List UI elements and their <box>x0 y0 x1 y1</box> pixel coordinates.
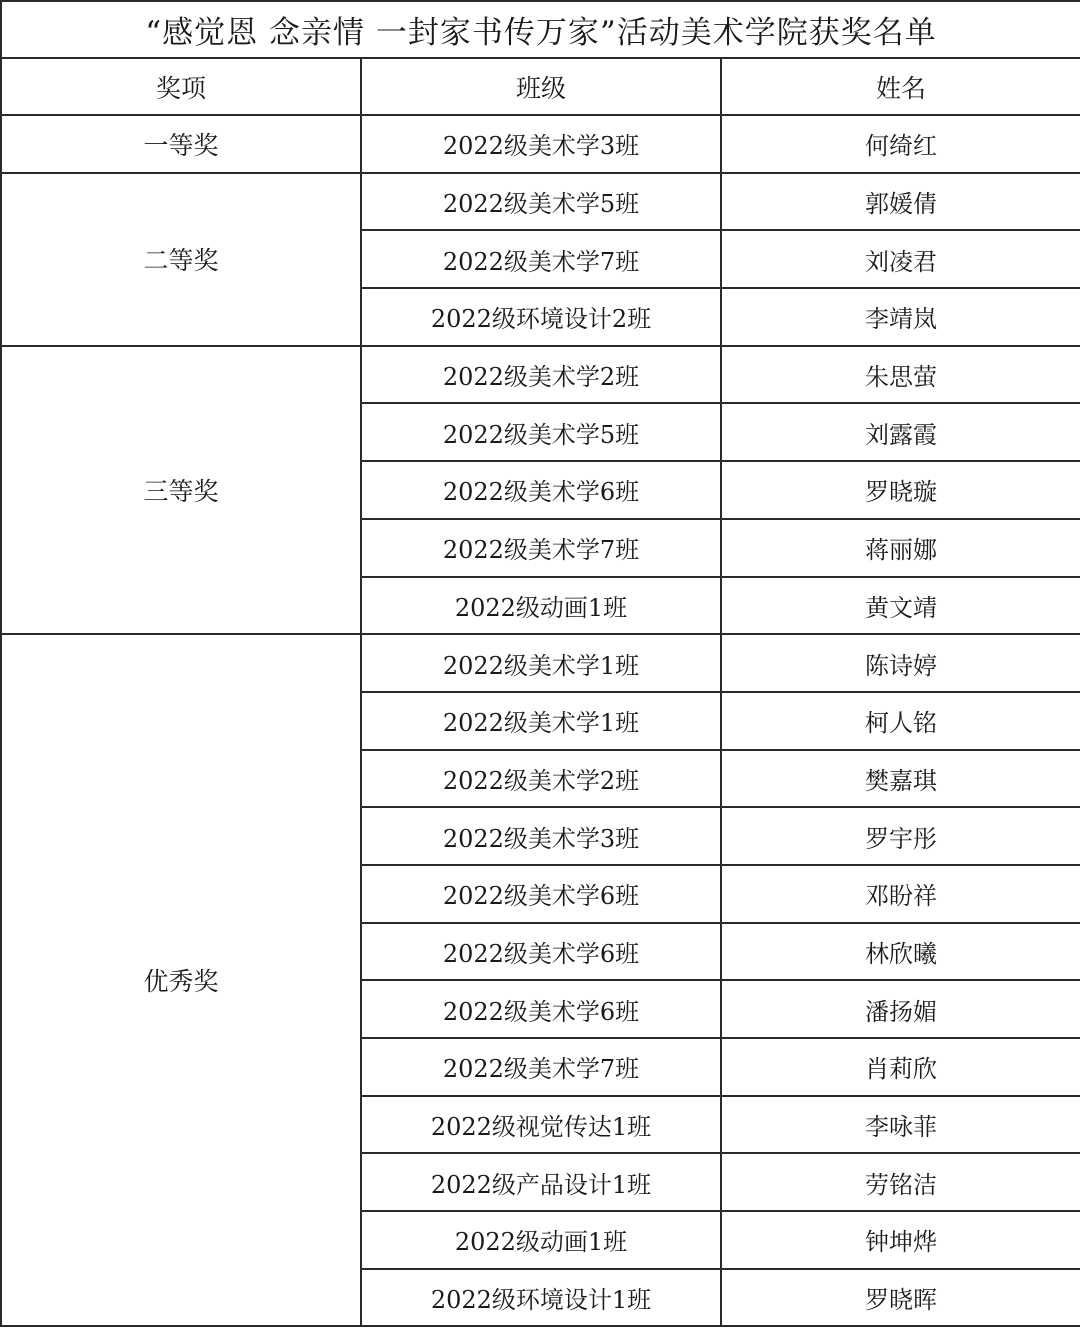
student-name-cell: 蒋丽娜 <box>721 519 1080 577</box>
student-name-cell: 林欣曦 <box>721 923 1080 981</box>
class-cell: 2022级视觉传达1班 <box>361 1096 721 1154</box>
student-name-cell: 邓盼祥 <box>721 865 1080 923</box>
class-cell: 2022级美术学1班 <box>361 692 721 750</box>
class-cell: 2022级环境设计2班 <box>361 288 721 346</box>
student-name-cell: 刘凌君 <box>721 230 1080 288</box>
table-row: 一等奖2022级美术学3班何绮红 <box>1 115 1080 173</box>
class-cell: 2022级美术学7班 <box>361 1038 721 1096</box>
student-name-cell: 李咏菲 <box>721 1096 1080 1154</box>
class-cell: 2022级美术学6班 <box>361 865 721 923</box>
class-cell: 2022级美术学7班 <box>361 230 721 288</box>
student-name-cell: 黄文靖 <box>721 577 1080 635</box>
document-title: “感觉恩 念亲情 一封家书传万家”活动美术学院获奖名单 <box>1 1 1080 58</box>
class-cell: 2022级产品设计1班 <box>361 1153 721 1211</box>
class-cell: 2022级美术学5班 <box>361 173 721 231</box>
student-name-cell: 朱思萤 <box>721 346 1080 404</box>
class-cell: 2022级美术学7班 <box>361 519 721 577</box>
student-name-cell: 李靖岚 <box>721 288 1080 346</box>
header-class: 班级 <box>361 58 721 115</box>
student-name-cell: 柯人铭 <box>721 692 1080 750</box>
student-name-cell: 陈诗婷 <box>721 634 1080 692</box>
table-row: 优秀奖2022级美术学1班陈诗婷 <box>1 634 1080 692</box>
class-cell: 2022级美术学6班 <box>361 923 721 981</box>
award-list-document: “感觉恩 念亲情 一封家书传万家”活动美术学院获奖名单 奖项 班级 姓名 一等奖… <box>0 0 1080 1328</box>
table-row: 二等奖2022级美术学5班郭媛倩 <box>1 173 1080 231</box>
student-name-cell: 刘露霞 <box>721 403 1080 461</box>
class-cell: 2022级美术学1班 <box>361 634 721 692</box>
title-row: “感觉恩 念亲情 一封家书传万家”活动美术学院获奖名单 <box>1 1 1080 58</box>
award-level-cell: 三等奖 <box>1 346 361 634</box>
student-name-cell: 何绮红 <box>721 115 1080 173</box>
award-level-cell: 优秀奖 <box>1 634 361 1326</box>
table-row: 三等奖2022级美术学2班朱思萤 <box>1 346 1080 404</box>
header-award: 奖项 <box>1 58 361 115</box>
student-name-cell: 钟坤烨 <box>721 1211 1080 1269</box>
class-cell: 2022级美术学3班 <box>361 807 721 865</box>
student-name-cell: 罗晓晖 <box>721 1269 1080 1327</box>
class-cell: 2022级环境设计1班 <box>361 1269 721 1327</box>
class-cell: 2022级美术学5班 <box>361 403 721 461</box>
student-name-cell: 潘扬媚 <box>721 980 1080 1038</box>
class-cell: 2022级美术学3班 <box>361 115 721 173</box>
student-name-cell: 罗晓璇 <box>721 461 1080 519</box>
class-cell: 2022级动画1班 <box>361 577 721 635</box>
header-row: 奖项 班级 姓名 <box>1 58 1080 115</box>
class-cell: 2022级美术学2班 <box>361 750 721 808</box>
class-cell: 2022级美术学6班 <box>361 461 721 519</box>
class-cell: 2022级美术学2班 <box>361 346 721 404</box>
award-level-cell: 一等奖 <box>1 115 361 173</box>
student-name-cell: 郭媛倩 <box>721 173 1080 231</box>
student-name-cell: 肖莉欣 <box>721 1038 1080 1096</box>
award-level-cell: 二等奖 <box>1 173 361 346</box>
student-name-cell: 罗宇彤 <box>721 807 1080 865</box>
award-table: “感觉恩 念亲情 一封家书传万家”活动美术学院获奖名单 奖项 班级 姓名 一等奖… <box>0 0 1080 1327</box>
student-name-cell: 劳铭洁 <box>721 1153 1080 1211</box>
student-name-cell: 樊嘉琪 <box>721 750 1080 808</box>
header-name: 姓名 <box>721 58 1080 115</box>
class-cell: 2022级动画1班 <box>361 1211 721 1269</box>
class-cell: 2022级美术学6班 <box>361 980 721 1038</box>
